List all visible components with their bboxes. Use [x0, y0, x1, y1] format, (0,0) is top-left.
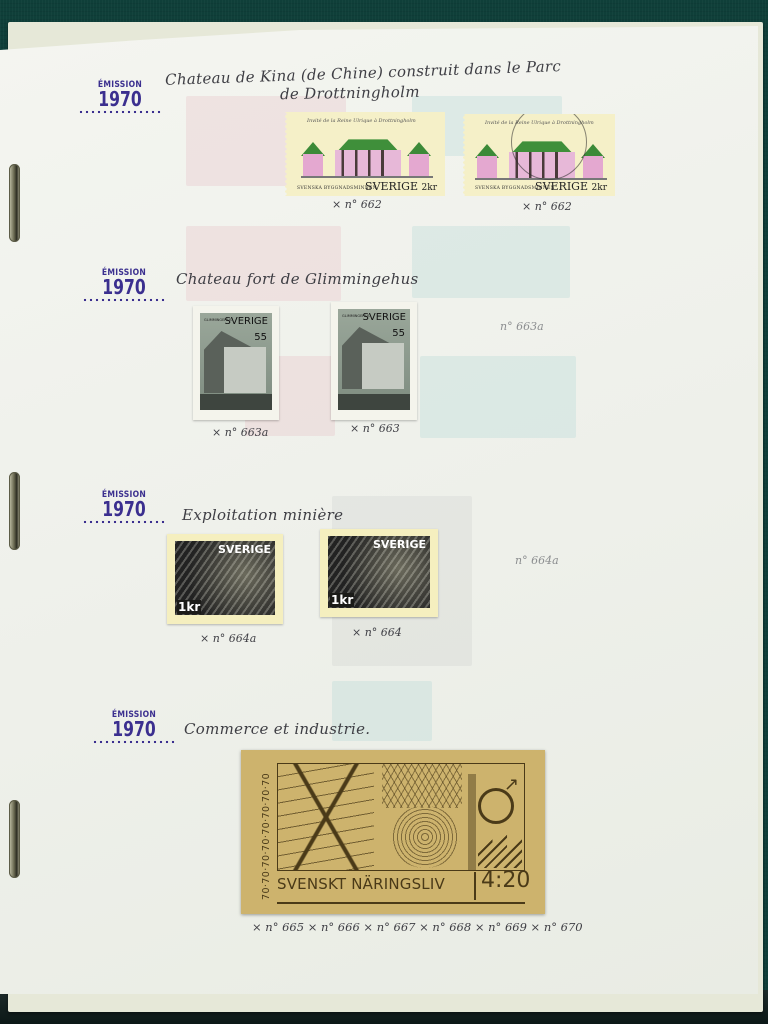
catalog-number: × n° 664 — [352, 626, 402, 639]
emission-year: 1970 — [87, 90, 153, 108]
emission-year: 1970 — [91, 500, 157, 518]
catalog-number: × n° 663a — [212, 426, 268, 439]
emission-year: 1970 — [91, 278, 157, 296]
stamp-value: 55 — [392, 328, 405, 339]
booklet-illustration: ↗ — [277, 763, 525, 871]
empty-slot-note: n° 663a — [500, 320, 544, 333]
stamp-glimmingehus-663a[interactable]: GLIMMINGEHUS SVERIGE 55 — [193, 306, 279, 420]
stamp-country: SVERIGE — [225, 316, 268, 327]
emission-stamp: ÉMISSION 1970 — [82, 490, 166, 524]
emission-stamp: ÉMISSION 1970 — [78, 80, 162, 114]
show-through-image — [412, 226, 570, 298]
catalog-number: × n° 663 — [350, 422, 400, 435]
stamp-mining-664a[interactable]: SVERIGE 1kr — [167, 534, 283, 624]
stamp-country: SVERIGE — [373, 538, 426, 551]
booklet-title: SVENSKT NÄRINGSLIV — [277, 875, 445, 893]
binder-hole — [9, 800, 20, 878]
booklet-price: 4:20 — [481, 868, 530, 893]
chimney-icon — [468, 774, 476, 870]
section-title: Commerce et industrie. — [184, 720, 370, 738]
stamp-kina-mint[interactable]: Invité de la Reine Ulrique à Drottningho… — [285, 112, 447, 196]
emission-stamp: ÉMISSION 1970 — [82, 268, 166, 302]
stamp-mining-664[interactable]: SVERIGE 1kr — [320, 529, 438, 617]
catalog-number: × n° 662 — [332, 198, 382, 211]
stamp-country: SVERIGE — [218, 543, 271, 556]
emission-stamp: ÉMISSION 1970 — [92, 710, 176, 744]
divider — [474, 872, 476, 900]
section-title: Exploitation minière — [182, 506, 343, 524]
show-through-image — [420, 356, 576, 438]
catalog-number: × n° 662 — [522, 200, 572, 213]
log-rings-icon — [390, 806, 460, 868]
section-title: Chateau fort de Glimmingehus — [176, 270, 419, 288]
section-title-line2: de Drottningholm — [280, 83, 420, 103]
factory-roof-icon — [478, 834, 522, 868]
stamp-country: SVERIGE — [363, 312, 406, 323]
catalog-number: × n° 664a — [200, 632, 256, 645]
stamp-glimmingehus-663[interactable]: GLIMMINGEHUS SVERIGE 55 — [331, 302, 417, 420]
divider — [277, 902, 525, 904]
booklet-side-text: 70·70·70·70·70·70·70·70 — [261, 773, 272, 900]
stamp-value: 55 — [254, 332, 267, 343]
stamp-booklet-commerce-industrie[interactable]: 70·70·70·70·70·70·70·70 ↗ SVENSKT NÄRING… — [241, 750, 545, 914]
catalog-numbers-booklet: × n° 665 × n° 666 × n° 667 × n° 668 × n°… — [252, 920, 583, 934]
binder-hole — [9, 164, 20, 242]
show-through-image — [186, 226, 341, 301]
stamp-country: SVERIGE 2kr — [535, 180, 607, 193]
stamp-caption: Invité de la Reine Ulrique à Drottningho… — [307, 118, 416, 124]
empty-slot-note: n° 664a — [515, 554, 559, 567]
stamp-kina-used[interactable]: Invité de la Reine Ulrique à Drottningho… — [463, 114, 617, 196]
power-pylon-icon — [278, 764, 374, 870]
arrow-icon: ↗ — [504, 774, 519, 795]
stamp-value: 1kr — [330, 593, 354, 607]
binder-hole — [9, 472, 20, 550]
stamp-country: SVERIGE 2kr — [365, 180, 437, 193]
net-pattern — [382, 764, 462, 808]
stamp-value: 1kr — [177, 600, 201, 614]
emission-year: 1970 — [101, 720, 167, 738]
